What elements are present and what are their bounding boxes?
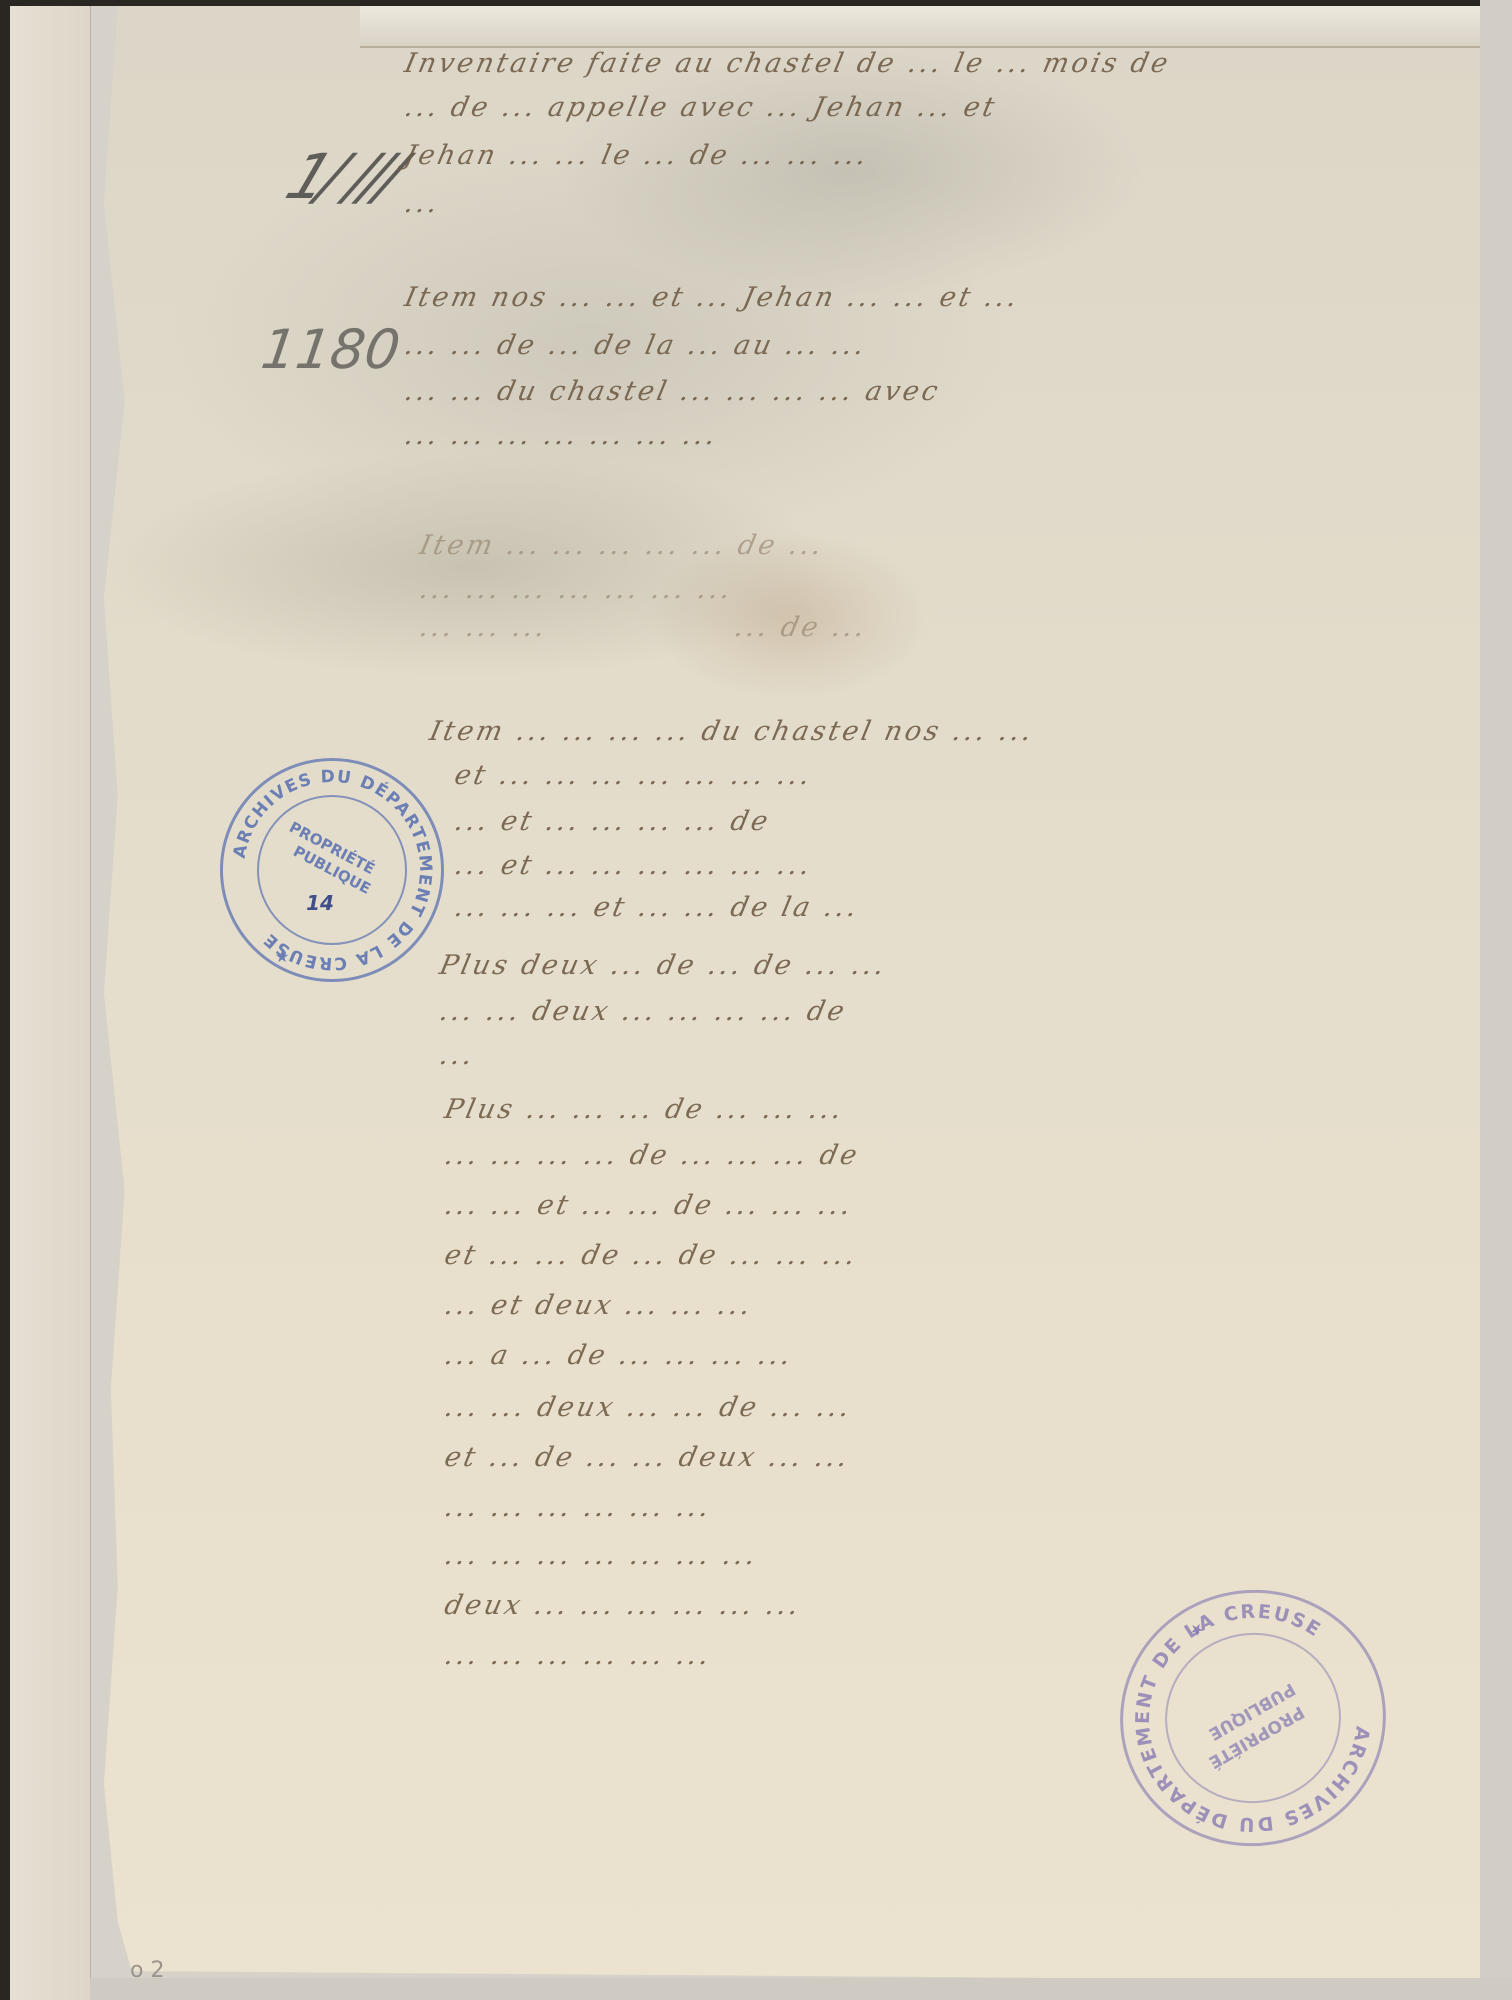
scan-margin-bottom [90,1978,1512,2000]
margin-corner-mark: o 2 [130,1958,164,1983]
text-line: Item ... ... ... ... ... de ... [417,530,828,561]
text-line: Plus ... ... ... de ... ... ... [442,1094,847,1125]
text-line: ... et ... ... ... ... de [452,806,774,837]
text-line: Item ... ... ... ... du chastel nos ... … [427,716,1038,747]
text-line: ... ... deux ... ... ... ... de [437,996,850,1027]
text-line: Inventaire faite au chastel de ... le ..… [402,48,1174,79]
text-line: ... et deux ... ... ... [442,1290,756,1321]
text-line: ... a ... de ... ... ... ... [442,1340,797,1371]
text-line: ... ... ... ... ... ... ... [417,574,736,605]
text-line: ... [402,188,443,219]
text-line: et ... ... de ... de ... ... ... [442,1240,861,1271]
text-line: ... de ... [732,612,871,643]
text-line: Item nos ... ... et ... Jehan ... ... et… [402,282,1023,313]
scan-margin-right [1480,0,1512,2000]
text-line: et ... de ... ... deux ... ... [442,1442,853,1473]
star-icon: ★ [173,947,391,966]
top-fold-edge [360,6,1480,48]
backing-sheet [10,6,91,2000]
archive-stamp-left: ARCHIVES DU DÉPARTEMENT DE LA CREUSE PRO… [220,758,444,982]
text-line: deux ... ... ... ... ... ... [442,1590,804,1621]
text-line: ... ... deux ... ... de ... ... [442,1392,855,1423]
margin-folio-number: 1180 [258,318,404,381]
text-line: Jehan ... ... le ... de ... ... ... [402,140,872,171]
text-line: ... [437,1040,478,1071]
text-line: ... ... ... ... ... ... [442,1492,715,1523]
text-line: ... ... et ... ... de ... ... ... [442,1190,857,1221]
text-line: ... ... de ... de la ... au ... ... [402,330,870,361]
text-line: ... ... ... et ... ... de la ... [452,892,863,923]
text-line: ... ... ... ... de ... ... ... de [442,1140,863,1171]
text-line: ... ... du chastel ... ... ... ... avec [402,376,944,407]
text-line: et ... ... ... ... ... ... ... [452,760,816,791]
text-line: ... de ... appelle avec ... Jehan ... et [402,92,1000,123]
text-line: Plus deux ... de ... de ... ... [437,950,890,981]
stamp-number: 14 [211,891,429,915]
archive-stamp-right: ARCHIVES DU DÉPARTEMENT DE LA CREUSE PRO… [1100,1569,1406,1867]
text-line: ... ... ... [417,612,551,643]
text-line: ... ... ... ... ... ... ... [442,1540,761,1571]
text-line: ... ... ... ... ... ... ... [402,420,721,451]
text-line: ... ... ... ... ... ... [442,1640,715,1671]
text-line: ... et ... ... ... ... ... ... [452,850,816,881]
